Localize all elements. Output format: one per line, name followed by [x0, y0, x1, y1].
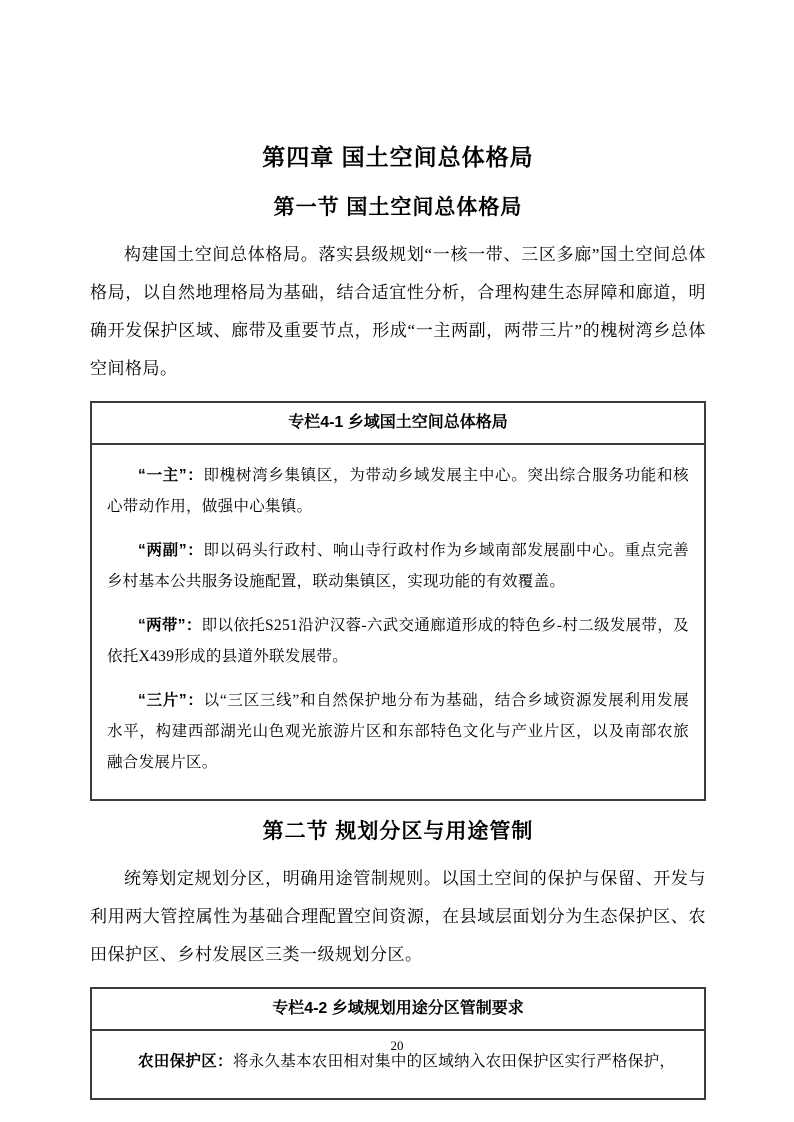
callout-item-term: 农田保护区： — [138, 1053, 233, 1070]
callout-item: “三片”：以“三区三线”和自然保护地分布为基础，结合乡域资源发展利用发展水平，构… — [107, 685, 689, 778]
callout-box-4-1: 专栏4-1 乡域国土空间总体格局 “一主”：即槐树湾乡集镇区，为带动乡域发展主中… — [90, 401, 706, 801]
callout-item: “两副”：即以码头行政村、响山寺行政村作为乡域南部发展副中心。重点完善乡村基本公… — [107, 535, 689, 597]
document-page: 第四章 国土空间总体格局 第一节 国土空间总体格局 构建国土空间总体格局。落实县… — [0, 0, 794, 1122]
callout-item: “一主”：即槐树湾乡集镇区，为带动乡域发展主中心。突出综合服务功能和核心带动作用… — [107, 460, 689, 522]
section-2-title: 第二节 规划分区与用途管制 — [90, 818, 706, 846]
chapter-title: 第四章 国土空间总体格局 — [90, 142, 706, 172]
callout-item: “两带”：即以依托S251沿沪汉蓉-六武交通廊道形成的特色乡-村二级发展带，及依… — [107, 610, 689, 672]
section-2-paragraph: 统筹划定规划分区，明确用途管制规则。以国土空间的保护与保留、开发与利用两大管控属… — [90, 860, 706, 974]
callout-item-term: “一主”： — [138, 467, 203, 484]
callout-4-1-body: “一主”：即槐树湾乡集镇区，为带动乡域发展主中心。突出综合服务功能和核心带动作用… — [92, 445, 704, 799]
callout-item-term: “两副”： — [138, 542, 203, 559]
section-1-paragraph: 构建国土空间总体格局。落实县级规划“一核一带、三区多廊”国土空间总体格局，以自然… — [90, 236, 706, 388]
section-1-title: 第一节 国土空间总体格局 — [90, 194, 706, 222]
callout-item-term: “三片”： — [138, 692, 204, 709]
callout-item-term: “两带”： — [138, 617, 202, 634]
callout-4-1-title: 专栏4-1 乡域国土空间总体格局 — [92, 403, 704, 445]
page-number: 20 — [0, 1038, 794, 1054]
callout-4-2-title: 专栏4-2 乡域规划用途分区管制要求 — [92, 989, 704, 1031]
callout-item-text: 将永久基本农田相对集中的区域纳入农田保护区实行严格保护， — [233, 1053, 675, 1070]
